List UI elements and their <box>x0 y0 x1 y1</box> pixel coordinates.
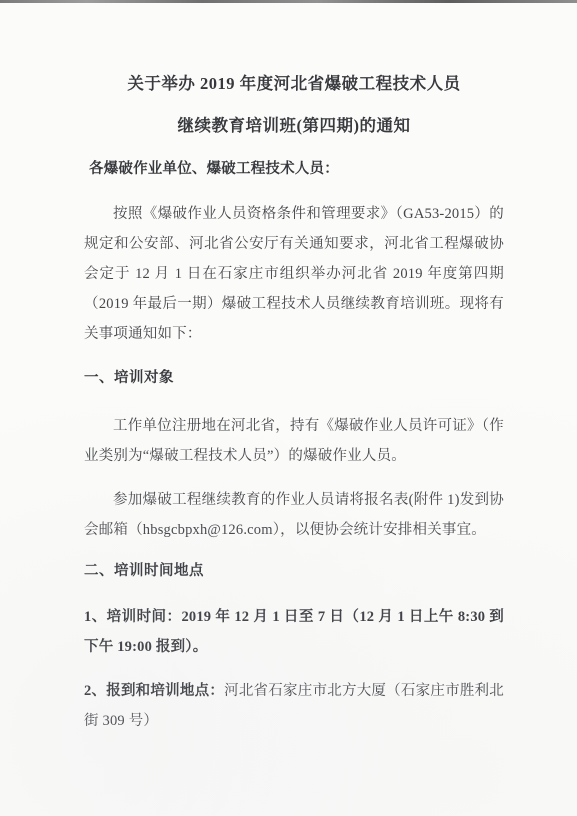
notice-title-line-2: 继续教育培训班(第四期)的通知 <box>84 116 504 136</box>
section-1-heading: 一、培训对象 <box>84 363 504 393</box>
section-2-item-2-location: 2、报到和培训地点：河北省石家庄市北方大厦（石家庄市胜利北街 309 号） <box>84 676 504 736</box>
section-1-paragraph-2: 参加爆破工程继续教育的作业人员请将报名表(附件 1)发到协会邮箱（hbsgcbp… <box>84 485 504 545</box>
intro-paragraph: 按照《爆破作业人员资格条件和管理要求》（GA53-2015）的规定和公安部、河北… <box>84 199 504 349</box>
scanned-notice-page: 关于举办 2019 年度河北省爆破工程技术人员 继续教育培训班(第四期)的通知 … <box>0 0 577 816</box>
section-2-heading: 二、培训时间地点 <box>84 556 504 586</box>
section-2-item-1-training-time: 1、培训时间：2019 年 12 月 1 日至 7 日（12 月 1 日上午 8… <box>84 602 504 662</box>
item-2-label: 2、报到和培训地点： <box>84 683 224 699</box>
section-1-paragraph-1: 工作单位注册地在河北省，持有《爆破作业人员许可证》（作业类别为“爆破工程技术人员… <box>84 411 504 471</box>
notice-body: 关于举办 2019 年度河北省爆破工程技术人员 继续教育培训班(第四期)的通知 … <box>84 74 504 736</box>
scan-artifact-top-edge <box>0 0 577 3</box>
notice-title-line-1: 关于举办 2019 年度河北省爆破工程技术人员 <box>84 74 504 94</box>
salutation: 各爆破作业单位、爆破工程技术人员： <box>89 154 504 184</box>
